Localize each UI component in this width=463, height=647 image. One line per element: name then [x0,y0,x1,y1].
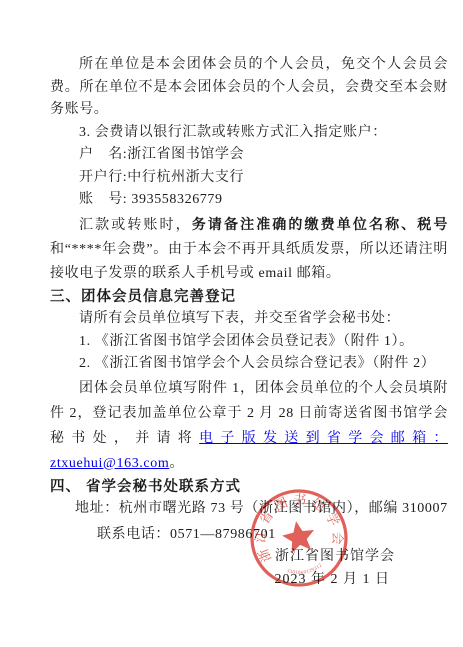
remit-bold-text: 务请备注准确的缴费单位名称、税号 [192,218,448,233]
section-heading-four: 四、 省学会秘书处联系方式 [50,476,448,499]
remit-pre-text: 汇款或转账时， [79,218,192,233]
line-account-name: 户 名:浙江省图书馆学会 [50,144,448,167]
paragraph-fill-forms: 请所有会员单位填写下表，并交至省学会秘书处： [50,308,448,331]
line-address: 地址：杭州市曙光路 73 号（浙江图书馆内），邮编 310007 [50,498,448,521]
section-heading-three: 三、团体会员信息完善登记 [50,286,448,309]
item-payment-method: 3. 会费请以银行汇款或转账方式汇入指定账户： [50,122,448,145]
remit-post-text: 和“****年会费”。由于本会不再开具纸质发票，所以还请注明接收电子发票的联系人… [50,242,448,281]
signature-date: 2023 年 2 月 1 日 [50,569,448,592]
document-body: 所在单位是本会团体会员的个人会员，免交个人会员会费。所在单位不是本会团体会员的个… [50,0,448,591]
item-attachment-1: 1. 《浙江省图书馆学会团体会员登记表》（附件 1）。 [50,331,448,354]
line-phone: 联系电话：0571—87986701 [50,524,448,547]
signature-organization: 浙江省图书馆学会 [50,546,448,569]
document-page: 所在单位是本会团体会员的个人会员，免交个人会员会费。所在单位不是本会团体会员的个… [0,0,463,647]
line-bank-branch: 开户行:中行杭州浙大支行 [50,167,448,190]
item-attachment-2: 2. 《浙江省图书馆学会个人会员综合登记表》（附件 2） [50,353,448,376]
paragraph-attachment-submit: 团体会员单位填写附件 1，团体会员单位的个人会员填附件 2，登记表加盖单位公章于… [50,376,448,476]
paragraph-membership-fee: 所在单位是本会团体会员的个人会员，免交个人会员会费。所在单位不是本会团体会员的个… [50,54,448,122]
paragraph-remittance-note: 汇款或转账时，务请备注准确的缴费单位名称、税号和“****年会费”。由于本会不再… [50,214,448,286]
line-account-number: 账 号: 393558326779 [50,189,448,212]
attach-post-text: 。 [169,456,184,471]
